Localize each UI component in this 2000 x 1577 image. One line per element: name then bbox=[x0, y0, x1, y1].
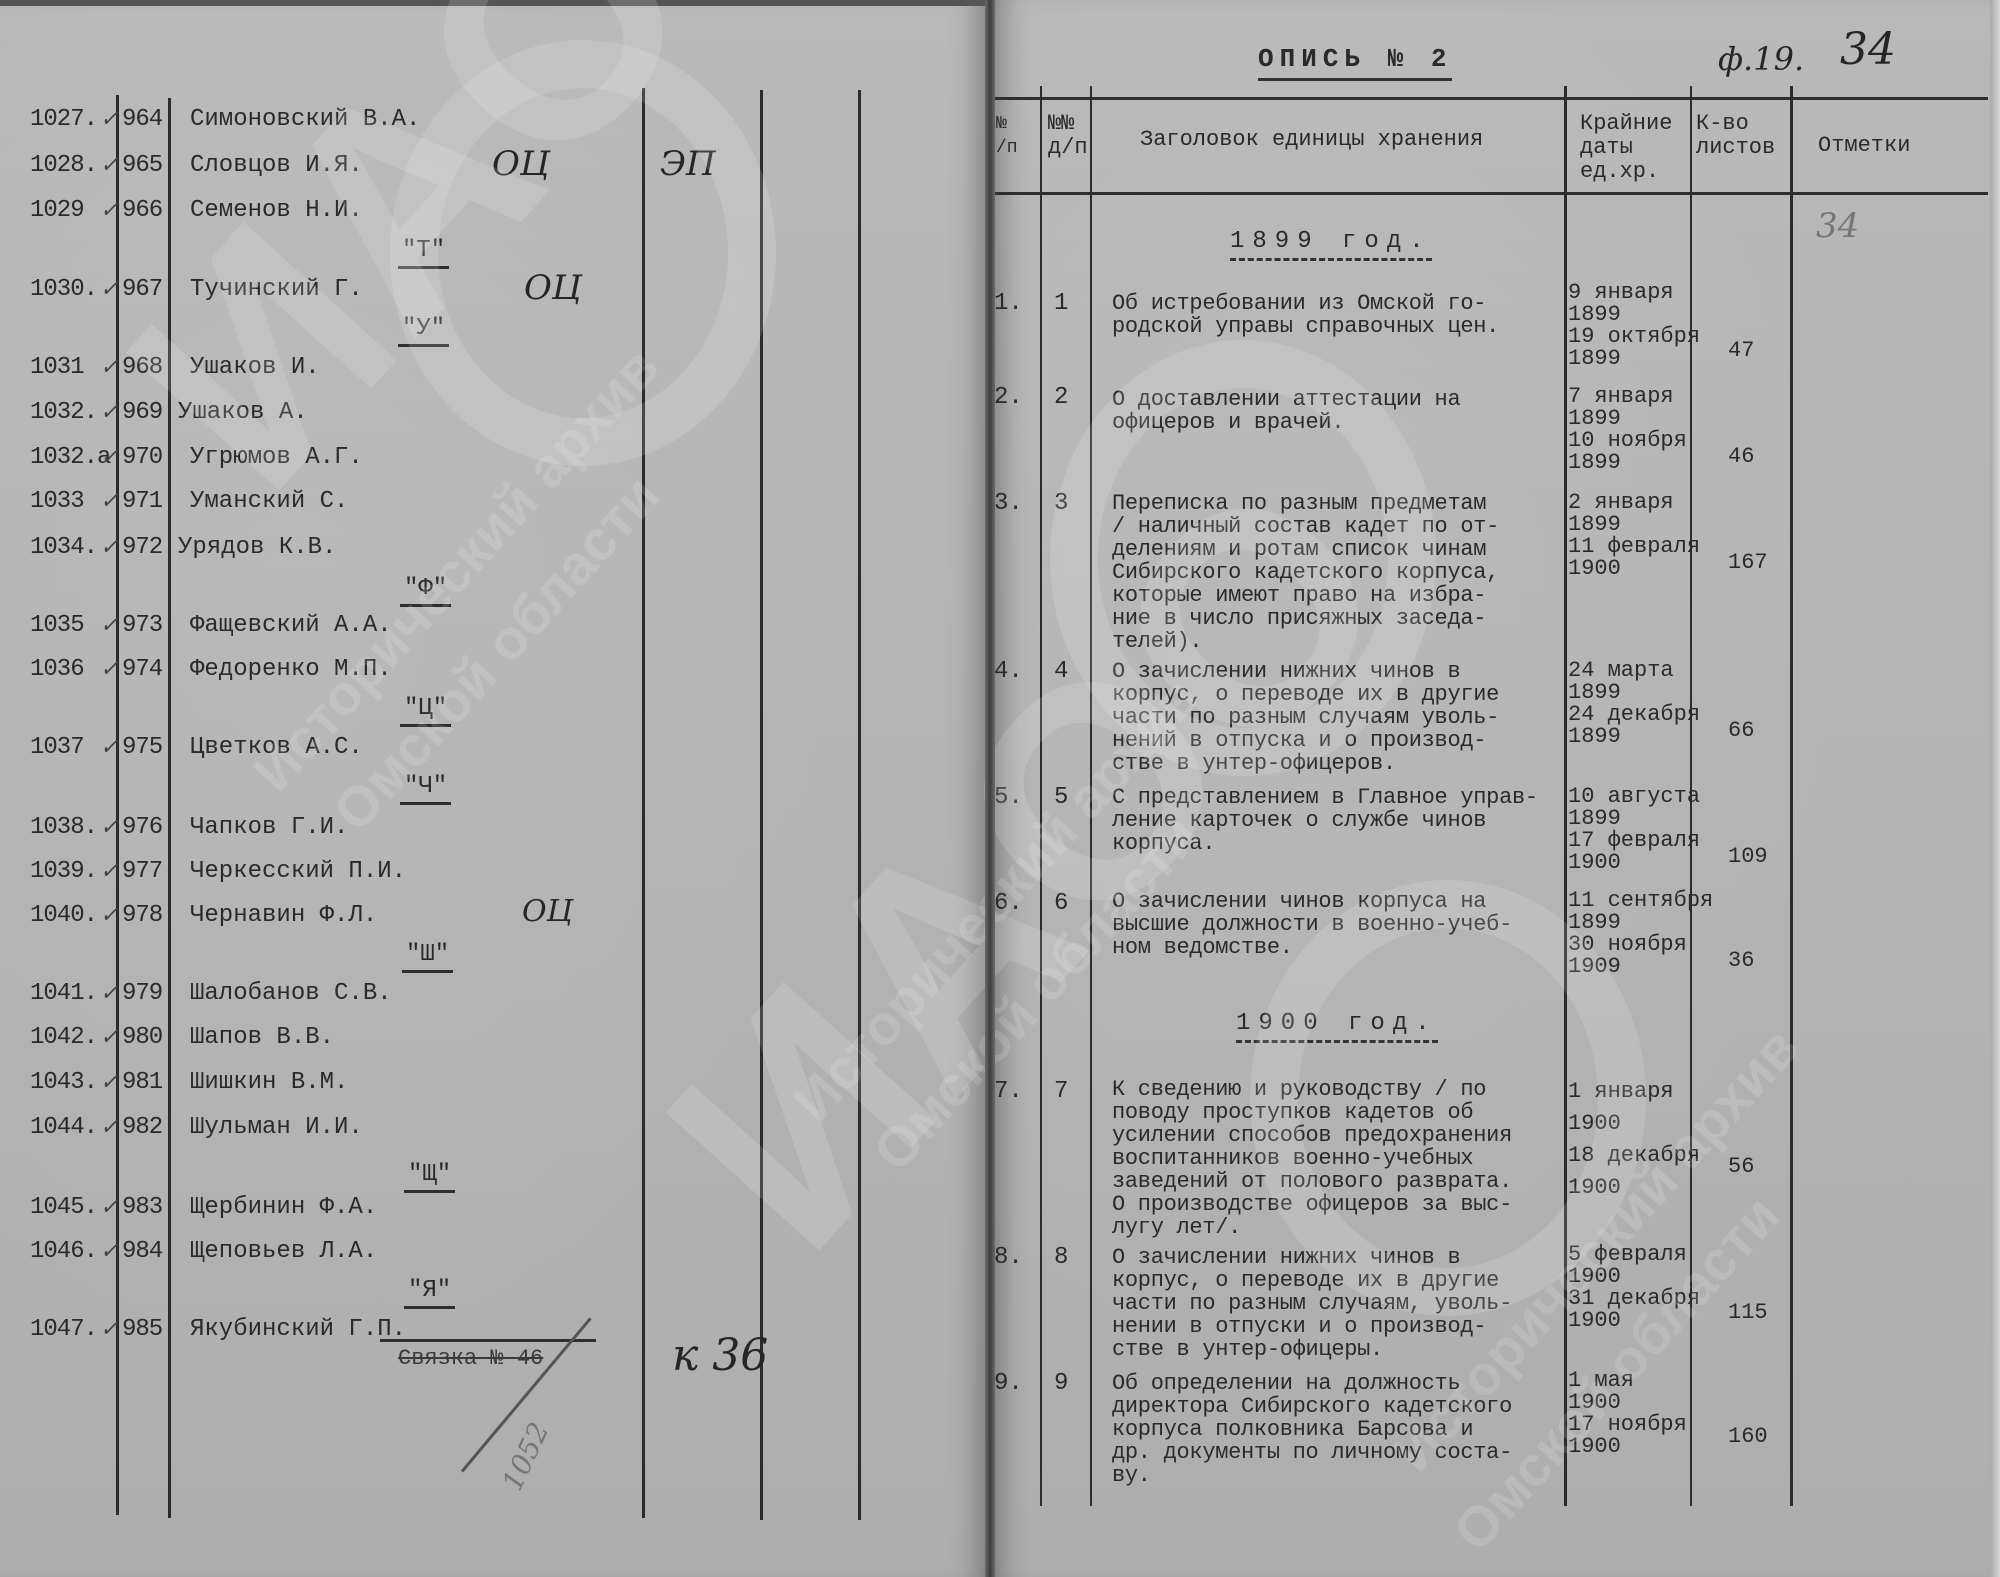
row-file-no: 7 bbox=[1054, 1078, 1068, 1105]
row-file-no: 2 bbox=[1054, 384, 1068, 411]
check-mark-icon: ✓ bbox=[100, 350, 118, 386]
svyazka-label: Связка № 46 bbox=[398, 1346, 543, 1371]
row-heading: О зачислении нижних чинов в корпус, о пе… bbox=[1112, 1246, 1572, 1361]
row-dates: 7 января 1899 10 ноября 1899 bbox=[1568, 386, 1748, 474]
person-name: Фащевский А.А. bbox=[190, 608, 392, 644]
row-file-no: 9 bbox=[1054, 1370, 1068, 1397]
row-seq: 7. bbox=[994, 1078, 1023, 1105]
row-file-no: 8 bbox=[1054, 1244, 1068, 1271]
check-mark-icon: ✓ bbox=[100, 102, 118, 138]
pencil-number: 1052 bbox=[496, 1417, 556, 1496]
row-dates: 24 марта 1899 24 декабря 1899 bbox=[1568, 660, 1748, 748]
inventory-number: 976 bbox=[122, 810, 174, 846]
inventory-number: 968 bbox=[122, 350, 174, 386]
check-mark-icon: ✓ bbox=[100, 440, 118, 476]
inventory-number: 984 bbox=[122, 1234, 174, 1270]
check-mark-icon: ✓ bbox=[100, 193, 118, 229]
check-mark-icon: ✓ bbox=[100, 272, 118, 308]
inventory-number: 966 bbox=[122, 193, 174, 229]
inventory-number: 969 bbox=[122, 395, 174, 431]
row-file-no: 6 bbox=[1054, 890, 1068, 917]
check-mark-icon: ✓ bbox=[100, 1020, 118, 1056]
letter-heading: "Я" bbox=[404, 1276, 455, 1309]
header-dates: Крайние даты ед.хр. bbox=[1580, 112, 1672, 184]
pencil-page-mark: 34 bbox=[1816, 206, 1859, 246]
column-rule bbox=[1040, 86, 1042, 1506]
table-top-rule bbox=[993, 97, 1988, 100]
row-seq: 2. bbox=[994, 384, 1023, 411]
row-leaves: 56 bbox=[1728, 1154, 1788, 1179]
row-seq: 8. bbox=[994, 1244, 1023, 1271]
row-dates: 2 января 1899 11 февраля 1900 bbox=[1568, 492, 1748, 580]
person-name: Симоновский В.А. bbox=[190, 102, 420, 138]
row-file-no: 5 bbox=[1054, 784, 1068, 811]
person-name: Щербинин Ф.А. bbox=[190, 1190, 377, 1226]
person-name: Цветков А.С. bbox=[190, 730, 363, 766]
row-dates: 1 мая 1900 17 ноября 1900 bbox=[1568, 1370, 1748, 1458]
person-name: Федоренко М.П. bbox=[190, 652, 392, 688]
letter-heading: "Т" bbox=[398, 236, 449, 269]
row-heading: О зачислении чинов корпуса на высшие дол… bbox=[1112, 890, 1572, 959]
header-seq: № /п bbox=[996, 112, 1018, 160]
check-mark-icon: ✓ bbox=[100, 148, 118, 184]
fond-number: ф.19. bbox=[1718, 40, 1804, 78]
row-dates: 1 января 1900 18 декабря 1900 bbox=[1568, 1076, 1748, 1204]
handwritten-initials: ЭП bbox=[660, 144, 716, 184]
row-leaves: 36 bbox=[1728, 948, 1788, 973]
row-heading: С представлением в Главное управ- ление … bbox=[1112, 786, 1572, 855]
handwritten-oc-mark: ОЦ bbox=[524, 268, 582, 308]
inventory-number: 980 bbox=[122, 1020, 174, 1056]
check-mark-icon: ✓ bbox=[100, 898, 118, 934]
person-name: Семенов Н.И. bbox=[190, 193, 363, 229]
person-name: Шалобанов С.В. bbox=[190, 976, 392, 1012]
page-title: ОПИСЬ № 2 bbox=[1258, 44, 1452, 81]
inventory-number: 970 bbox=[122, 440, 174, 476]
person-name: Ушаков А. bbox=[178, 395, 308, 431]
inventory-number: 982 bbox=[122, 1110, 174, 1146]
header-file-no: №№ д/п bbox=[1048, 112, 1088, 160]
person-name: Чапков Г.И. bbox=[190, 810, 348, 846]
underline-rule bbox=[380, 1339, 596, 1342]
row-dates: 5 февраля 1900 31 декабря 1900 bbox=[1568, 1244, 1748, 1332]
column-rule bbox=[642, 88, 645, 1518]
row-seq: 9. bbox=[994, 1370, 1023, 1397]
row-seq: 1. bbox=[994, 290, 1023, 317]
row-leaves: 115 bbox=[1728, 1300, 1788, 1325]
row-heading: Об истребовании из Омской го- родской уп… bbox=[1112, 292, 1572, 338]
person-name: Шишкин В.М. bbox=[190, 1065, 348, 1101]
column-rule bbox=[116, 95, 119, 1515]
check-mark-icon: ✓ bbox=[100, 810, 118, 846]
row-seq: 4. bbox=[994, 658, 1023, 685]
row-dates: 11 сентября 1899 30 ноября 1909 bbox=[1568, 890, 1748, 978]
row-leaves: 160 bbox=[1728, 1424, 1788, 1449]
header-leaves: К-во листов bbox=[1696, 112, 1775, 160]
inventory-number: 977 bbox=[122, 854, 174, 890]
inventory-number: 964 bbox=[122, 102, 174, 138]
person-name: Якубинский Г.П. bbox=[190, 1312, 406, 1348]
handwritten-oc-mark: ОЦ bbox=[492, 144, 550, 184]
column-rule bbox=[1090, 86, 1092, 1506]
person-name: Щеповьев Л.А. bbox=[190, 1234, 377, 1270]
letter-heading: "У" bbox=[398, 314, 449, 347]
person-name: Шульман И.И. bbox=[190, 1110, 363, 1146]
row-seq: 3. bbox=[994, 490, 1023, 517]
left-page: 1027.✓964Симоновский В.А. 1028.✓965Словц… bbox=[0, 0, 990, 1577]
letter-heading: "Щ" bbox=[404, 1160, 455, 1193]
check-mark-icon: ✓ bbox=[100, 395, 118, 431]
check-mark-icon: ✓ bbox=[100, 854, 118, 890]
row-leaves: 167 bbox=[1728, 550, 1788, 575]
inventory-number: 965 bbox=[122, 148, 174, 184]
handwritten-sheet-count: к 36 bbox=[672, 1330, 768, 1381]
row-dates: 9 января 1899 19 октября 1899 bbox=[1568, 282, 1748, 370]
inventory-number: 981 bbox=[122, 1065, 174, 1101]
inventory-number: 973 bbox=[122, 608, 174, 644]
check-mark-icon: ✓ bbox=[100, 484, 118, 520]
row-leaves: 66 bbox=[1728, 718, 1788, 743]
book-gutter bbox=[985, 0, 995, 1577]
page-number: 34 bbox=[1840, 24, 1896, 75]
row-heading: К сведению и руководству / по поводу про… bbox=[1112, 1078, 1572, 1239]
page-top-edge bbox=[0, 0, 990, 6]
check-mark-icon: ✓ bbox=[100, 1234, 118, 1270]
row-heading: Об определении на должность директора Си… bbox=[1112, 1372, 1572, 1487]
check-mark-icon: ✓ bbox=[100, 1065, 118, 1101]
letter-heading: "Ц" bbox=[400, 694, 451, 727]
person-name: Тучинский Г. bbox=[190, 272, 363, 308]
person-name: Словцов И.Я. bbox=[190, 148, 363, 184]
person-name: Уманский С. bbox=[190, 484, 348, 520]
row-seq: 6. bbox=[994, 890, 1023, 917]
header-notes: Отметки bbox=[1818, 134, 1910, 158]
check-mark-icon: ✓ bbox=[100, 652, 118, 688]
inventory-number: 975 bbox=[122, 730, 174, 766]
check-mark-icon: ✓ bbox=[100, 1110, 118, 1146]
inventory-number: 983 bbox=[122, 1190, 174, 1226]
person-name: Угрюмов А.Г. bbox=[190, 440, 363, 476]
check-mark-icon: ✓ bbox=[100, 1312, 118, 1348]
check-mark-icon: ✓ bbox=[100, 530, 118, 566]
person-name: Шапов В.В. bbox=[190, 1020, 334, 1056]
person-name: Урядов К.В. bbox=[178, 530, 336, 566]
person-name: Чернавин Ф.Л. bbox=[190, 898, 377, 934]
letter-heading: "Ш" bbox=[402, 940, 453, 973]
row-leaves: 46 bbox=[1728, 444, 1788, 469]
row-seq: 5. bbox=[994, 784, 1023, 811]
row-file-no: 4 bbox=[1054, 658, 1068, 685]
row-leaves: 109 bbox=[1728, 844, 1788, 869]
row-file-no: 3 bbox=[1054, 490, 1068, 517]
row-file-no: 1 bbox=[1054, 290, 1068, 317]
column-rule bbox=[168, 98, 171, 1518]
row-heading: О зачислении нижних чинов в корпус, о пе… bbox=[1112, 660, 1572, 775]
year-heading: 1900 год. bbox=[1236, 1010, 1438, 1043]
inventory-number: 979 bbox=[122, 976, 174, 1012]
person-name: Ушаков И. bbox=[190, 350, 320, 386]
inventory-number: 978 bbox=[122, 898, 174, 934]
check-mark-icon: ✓ bbox=[100, 1190, 118, 1226]
person-name: Черкесский П.И. bbox=[190, 854, 406, 890]
check-mark-icon: ✓ bbox=[100, 976, 118, 1012]
row-heading: Переписка по разным предметам / наличный… bbox=[1112, 492, 1572, 653]
inventory-number: 985 bbox=[122, 1312, 174, 1348]
column-rule bbox=[1790, 86, 1793, 1506]
letter-heading: "Ч" bbox=[400, 772, 451, 805]
column-rule bbox=[858, 90, 861, 1520]
column-rule bbox=[760, 90, 763, 1520]
row-dates: 10 августа 1899 17 февраля 1900 bbox=[1568, 786, 1748, 874]
table-header-rule bbox=[993, 192, 1988, 195]
inventory-number: 967 bbox=[122, 272, 174, 308]
letter-heading: "Ф" bbox=[400, 574, 451, 607]
year-heading: 1899 год. bbox=[1230, 228, 1432, 261]
check-mark-icon: ✓ bbox=[100, 608, 118, 644]
inventory-number: 971 bbox=[122, 484, 174, 520]
inventory-number: 974 bbox=[122, 652, 174, 688]
page-edge bbox=[1990, 0, 2000, 1577]
check-mark-icon: ✓ bbox=[100, 730, 118, 766]
inventory-number: 972 bbox=[122, 530, 174, 566]
row-heading: О доставлении аттестации на офицеров и в… bbox=[1112, 388, 1572, 434]
handwritten-oc-mark: ОЦ bbox=[522, 894, 573, 929]
row-leaves: 47 bbox=[1728, 338, 1788, 363]
header-heading: Заголовок единицы хранения bbox=[1140, 128, 1483, 152]
